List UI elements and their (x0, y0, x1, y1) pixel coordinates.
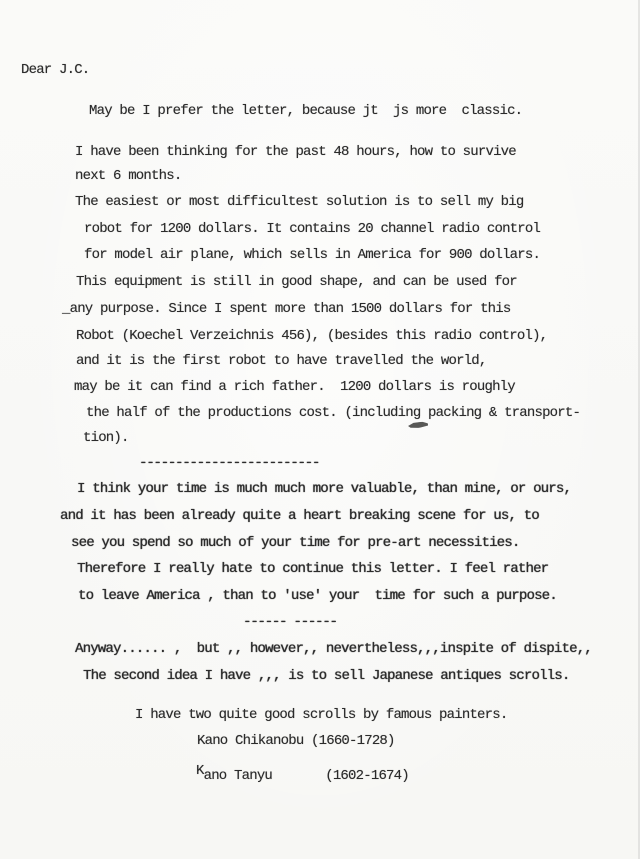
letter-line: _any purpose. Since I spent more than 15… (62, 301, 510, 317)
letter-document: Dear J.C.May be I prefer the letter, bec… (0, 0, 640, 859)
letter-line: Anyway...... , but ,, however,, neverthe… (75, 641, 592, 657)
letter-line: the half of the productions cost. (inclu… (86, 405, 580, 421)
letter-line: The second idea I have ,,, is to sell Ja… (83, 668, 570, 684)
letter-line: The easiest or most difficultest solutio… (75, 194, 523, 210)
letter-line: next 6 months. (75, 168, 181, 184)
salutation-line: Dear J.C. (21, 62, 89, 78)
letter-line: Therefore I really hate to continue this… (77, 561, 548, 577)
letter-line: to leave America , than to 'use' your ti… (78, 588, 557, 604)
letter-line: I have been thinking for the past 48 hou… (75, 144, 516, 160)
letter-line: and it has been already quite a heart br… (60, 508, 539, 524)
letter-line: I have two quite good scrolls by famous … (135, 707, 507, 723)
letter-line: tion). (83, 430, 129, 446)
letter-line: robot for 1200 dollars. It contains 20 c… (84, 221, 540, 237)
letter-line: I think your time is much much more valu… (77, 481, 571, 497)
letter-line: see you spend so much of your time for p… (71, 535, 519, 551)
separator-dashes: ------ ------ (243, 614, 337, 630)
letter-line: and it is the first robot to have travel… (76, 353, 486, 369)
letter-line: Robot (Koechel Verzeichnis 456), (beside… (76, 328, 547, 344)
painter-name-line: Kano Chikanobu (1660-1728) (197, 733, 395, 749)
letter-line: This equipment is still in good shape, a… (76, 274, 517, 290)
letter-line: for model air plane, which sells in Amer… (84, 247, 540, 263)
ink-smudge-mark (408, 421, 428, 428)
letter-line: May be I prefer the letter, because jt j… (89, 103, 522, 119)
painter-name-line: Kano Tanyu (1602-1674) (196, 763, 409, 779)
separator-dashes: ------------------------- (139, 455, 319, 471)
letter-line: may be it can find a rich father. 1200 d… (74, 379, 515, 395)
